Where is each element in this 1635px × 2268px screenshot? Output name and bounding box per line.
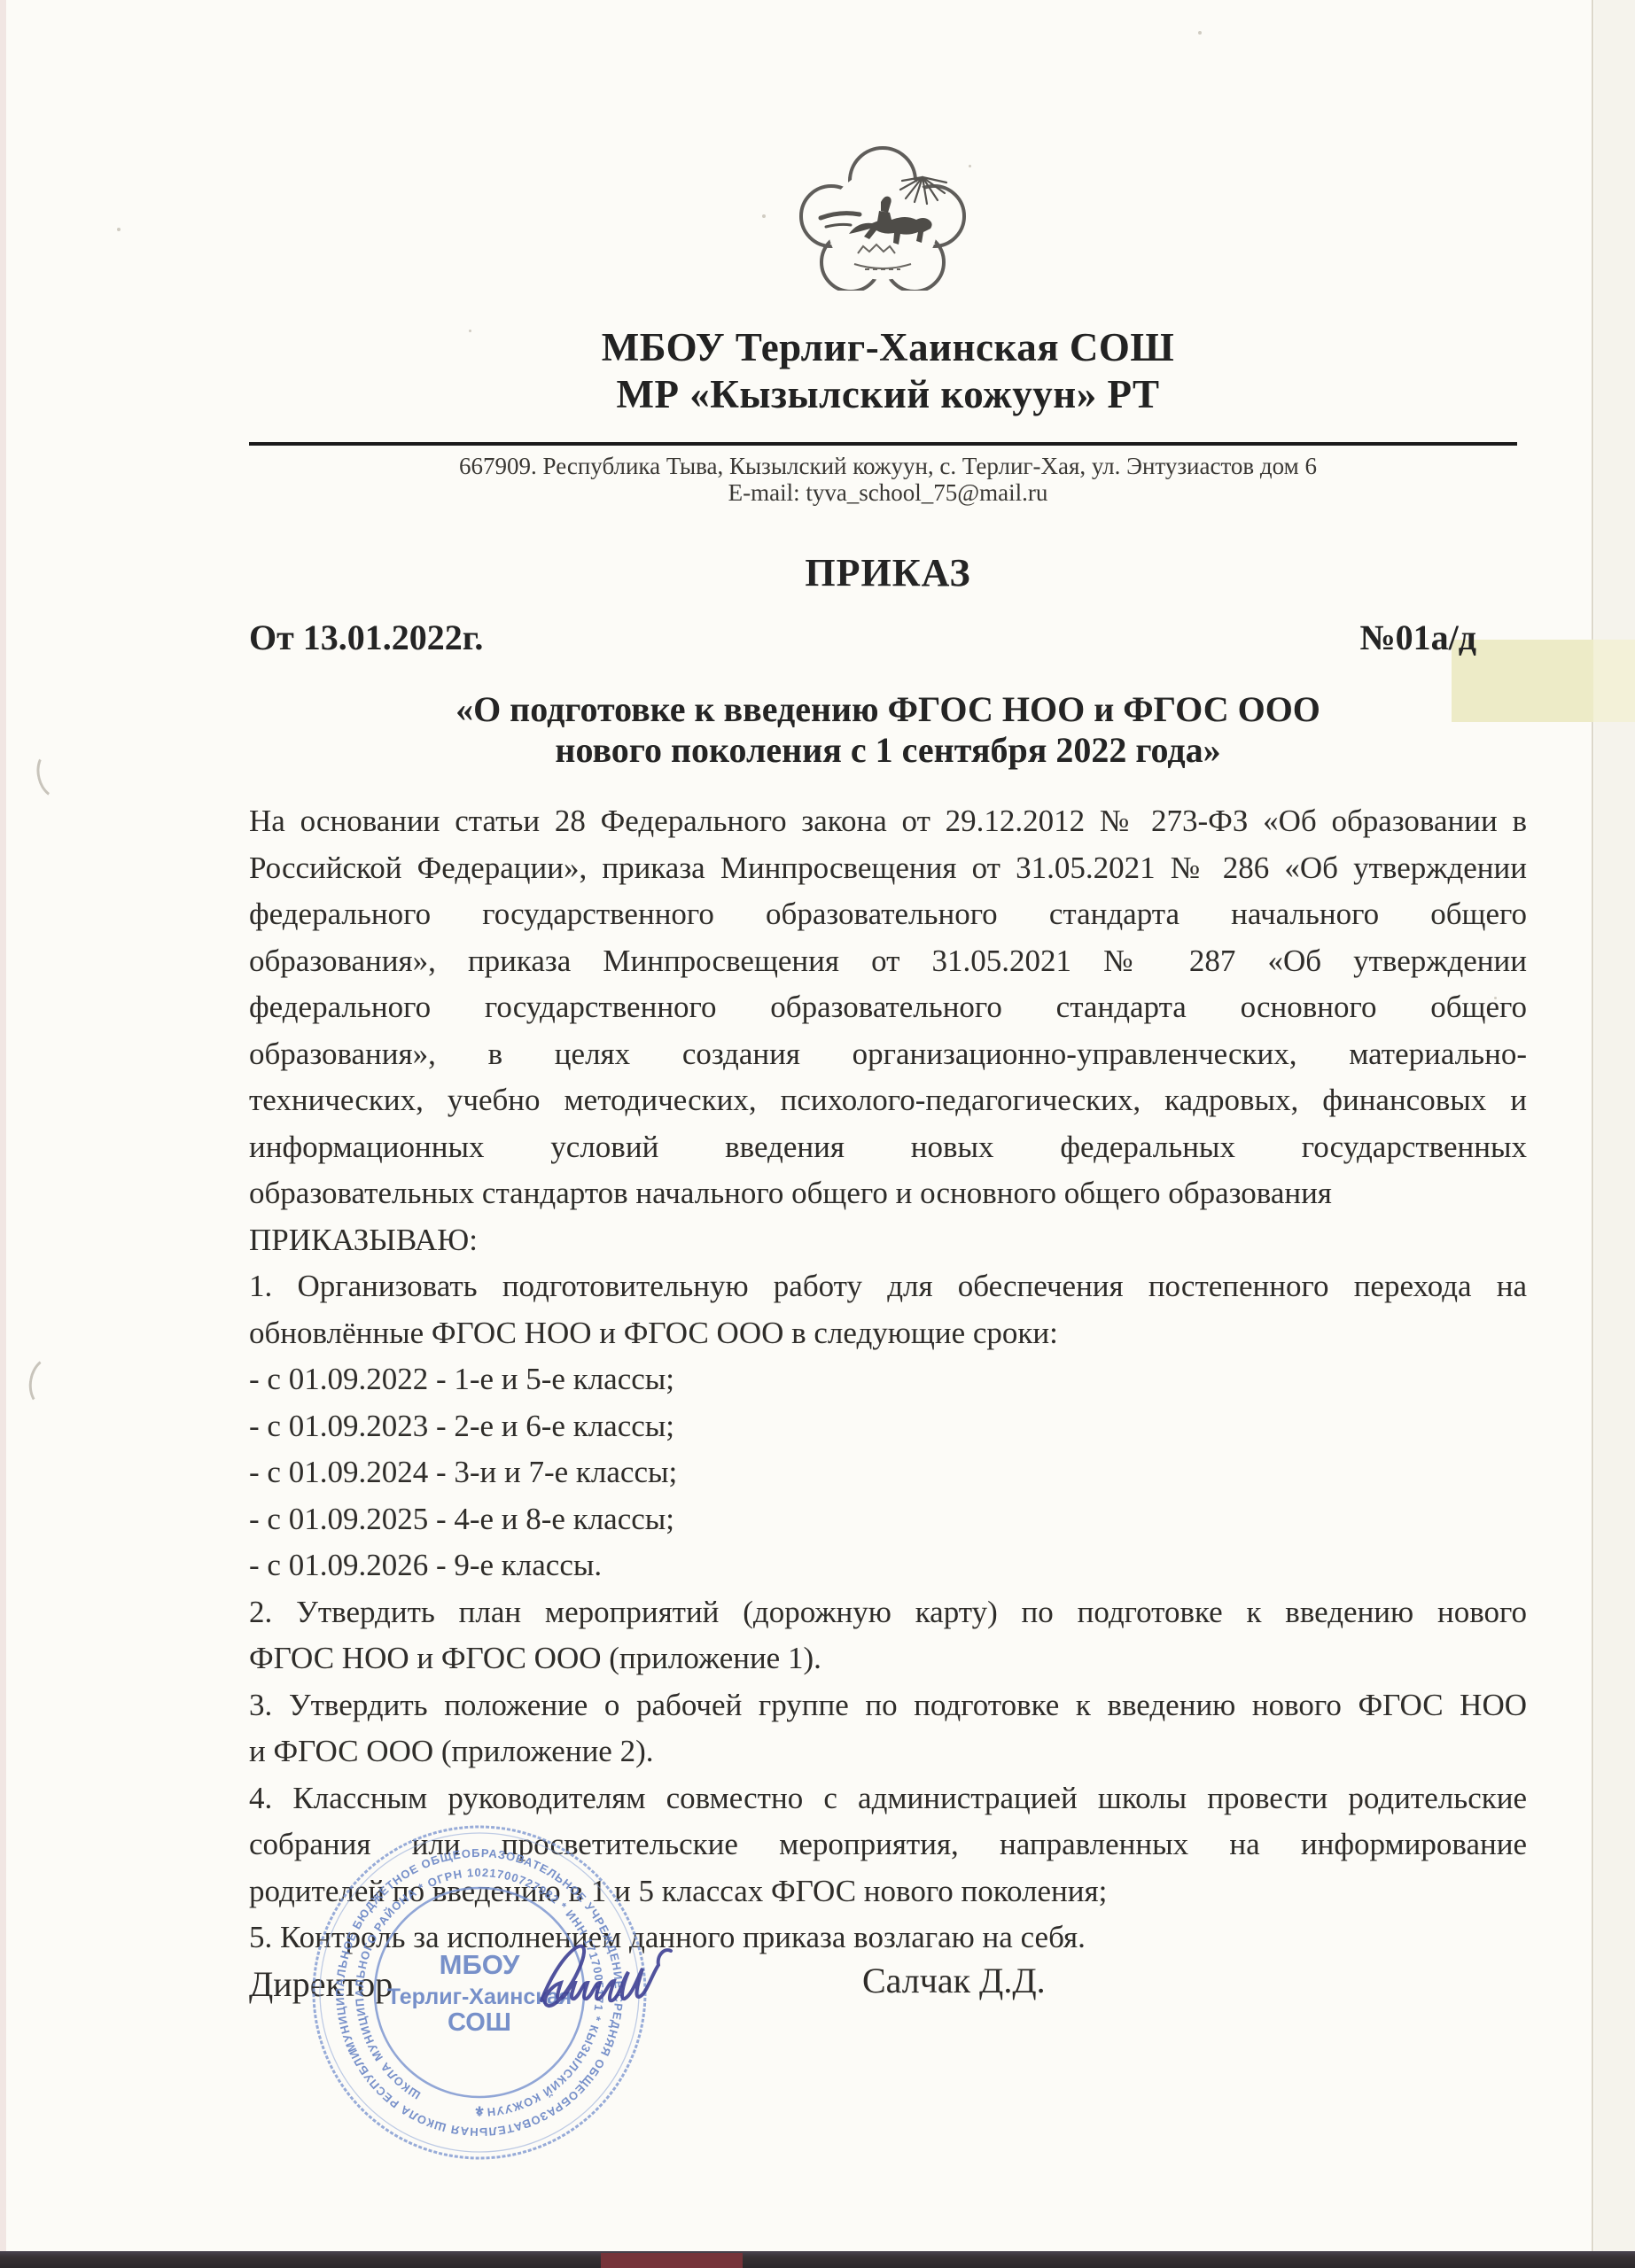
resolve-word: ПРИКАЗЫВАЮ:: [249, 1217, 1527, 1264]
text-line: 2. Утвердить план мероприятий (дорожную …: [249, 1589, 1527, 1636]
text-line: образования», в целях создания организац…: [249, 1031, 1527, 1078]
paper-speck: [1198, 31, 1202, 35]
schedule-list: - с 01.09.2022 - 1-е и 5-е классы;- с 01…: [249, 1356, 1527, 1589]
text-line: 1. Организовать подготовительную работу …: [249, 1263, 1527, 1310]
text-line: образовательных стандартов начального об…: [249, 1170, 1527, 1217]
stamp-star: *: [475, 2102, 484, 2126]
school-emblem-icon: [796, 144, 969, 291]
order-body: На основании статьи 28 Федерального зако…: [249, 798, 1527, 1961]
text-line: ФГОС НОО и ФГОС ООО (приложение 1).: [249, 1635, 1527, 1682]
subject-line1: «О подготовке к введению ФГОС НОО и ФГОС…: [249, 689, 1527, 730]
stamp-center-line1: МБОУ: [440, 1949, 520, 1980]
subject-line2: нового поколения с 1 сентября 2022 года»: [249, 730, 1527, 771]
scan-bottom-red-mark: [601, 2253, 743, 2268]
text-line: Российской Федерации», приказа Минпросве…: [249, 845, 1527, 892]
order-item-1: 1. Организовать подготовительную работу …: [249, 1263, 1527, 1356]
stamp-center-line3: СОШ: [448, 2008, 511, 2037]
text-line: - с 01.09.2022 - 1-е и 5-е классы;: [249, 1356, 1527, 1403]
handwritten-signature: [533, 1928, 710, 2025]
text-line: федерального государственного образовате…: [249, 984, 1527, 1031]
order-date: От 13.01.2022г.: [249, 617, 483, 658]
text-line: - с 01.09.2025 - 4-е и 8-е классы;: [249, 1496, 1527, 1543]
discoloration-band: [1593, 640, 1635, 722]
org-email: E-mail: tyva_school_75@mail.ru: [249, 479, 1527, 507]
paper-edge-line: [1592, 0, 1593, 2268]
org-address: 667909. Республика Тыва, Кызылский кожуу…: [249, 453, 1527, 480]
paper-speck: [117, 228, 121, 231]
scan-edge-right: [1594, 0, 1635, 2268]
paper-speck: [762, 214, 766, 218]
text-line: образования», приказа Минпросвещения от …: [249, 938, 1527, 985]
order-subject: «О подготовке к введению ФГОС НОО и ФГОС…: [249, 689, 1527, 771]
order-number: №01а/д: [1359, 617, 1476, 658]
text-line: обновлённые ФГОС НОО и ФГОС ООО в следую…: [249, 1310, 1527, 1357]
scanned-order-document: МБОУ Терлиг-Хаинская СОШ МР «Кызылский к…: [0, 0, 1635, 2268]
scan-bottom-edge: [0, 2251, 1635, 2268]
text-line: - с 01.09.2024 - 3-и и 7-е классы;: [249, 1449, 1527, 1496]
text-line: технических, учебно методических, психол…: [249, 1077, 1527, 1124]
scan-curl-mark: [32, 746, 78, 803]
scan-curl-mark: [25, 1353, 74, 1412]
order-item-2: 2. Утвердить план мероприятий (дорожную …: [249, 1589, 1527, 1682]
text-line: 3. Утвердить положение о рабочей группе …: [249, 1682, 1527, 1729]
signature-name: Салчак Д.Д.: [862, 1960, 1046, 2001]
text-line: федерального государственного образовате…: [249, 891, 1527, 938]
text-line: информационных условий введения новых фе…: [249, 1124, 1527, 1171]
org-name-line2: МР «Кызылский кожуун» РТ: [249, 371, 1527, 417]
text-line: - с 01.09.2023 - 2-е и 6-е классы;: [249, 1403, 1527, 1450]
order-item-3: 3. Утвердить положение о рабочей группе …: [249, 1682, 1527, 1775]
scan-edge-left: [0, 0, 6, 2268]
intro-paragraph: На основании статьи 28 Федерального зако…: [249, 798, 1527, 1217]
text-line: и ФГОС ООО (приложение 2).: [249, 1728, 1527, 1775]
org-name-line1: МБОУ Терлиг-Хаинская СОШ: [249, 324, 1527, 370]
header-rule: [249, 442, 1517, 446]
text-line: - с 01.09.2026 - 9-е классы.: [249, 1542, 1527, 1589]
doc-type-title: ПРИКАЗ: [249, 550, 1527, 595]
text-line: На основании статьи 28 Федерального зако…: [249, 798, 1527, 845]
